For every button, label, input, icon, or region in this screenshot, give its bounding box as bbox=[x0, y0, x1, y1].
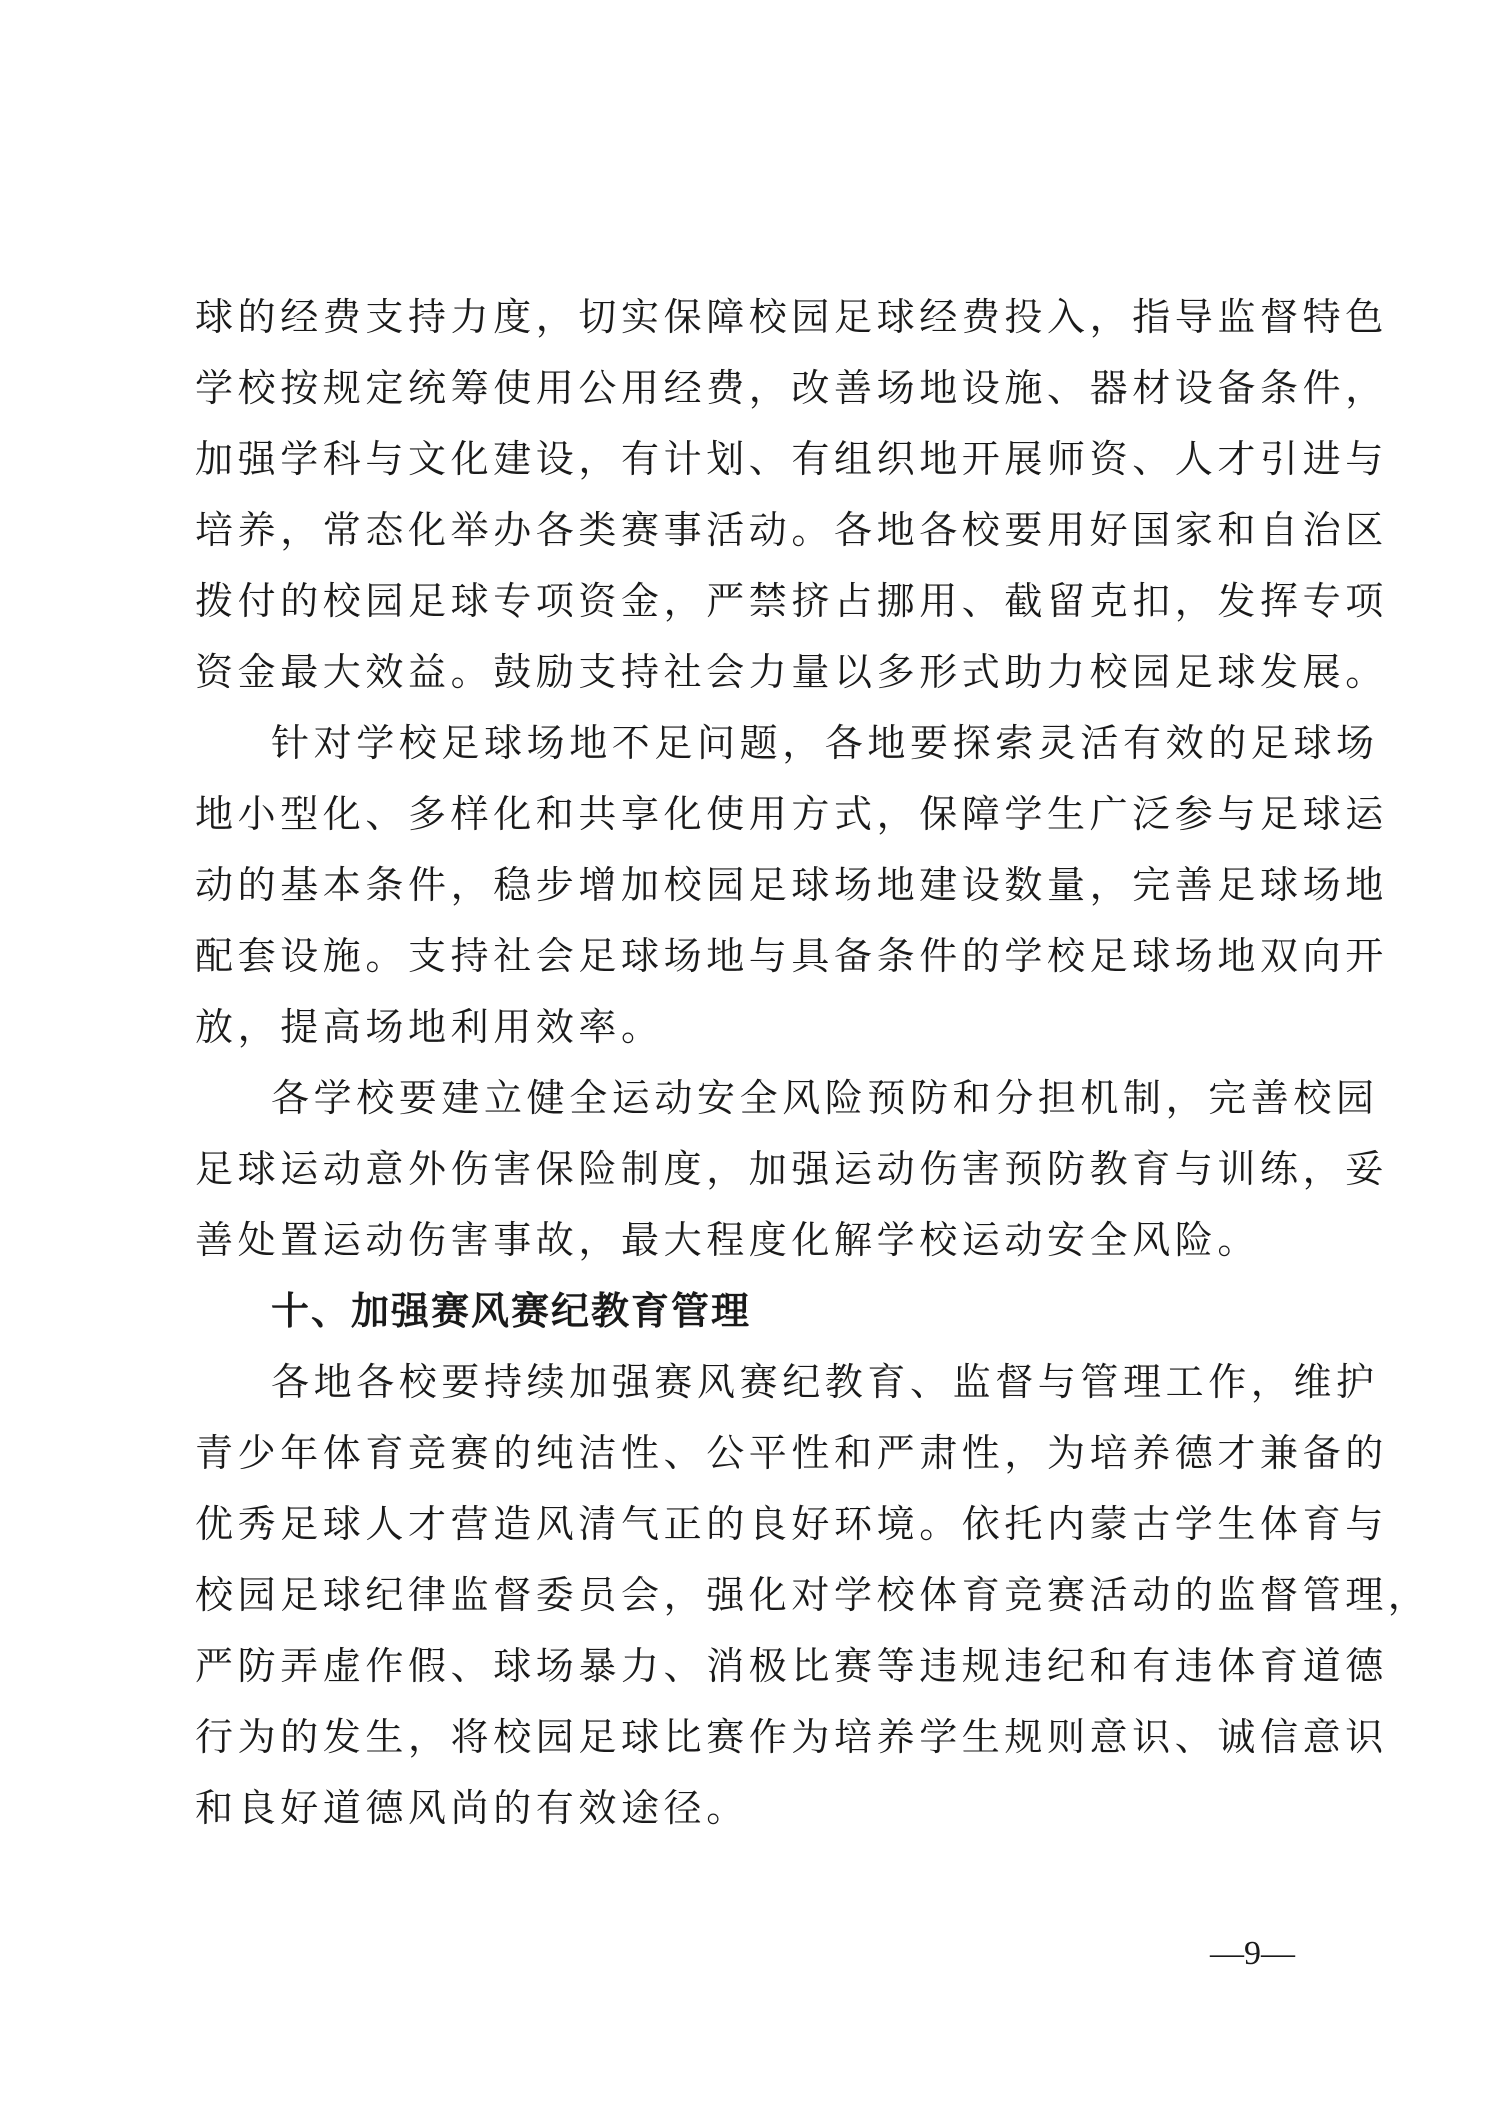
text-line: 配套设施。支持社会足球场地与具备条件的学校足球场地双向开 bbox=[195, 921, 1295, 992]
text-line: 严防弄虚作假、球场暴力、消极比赛等违规违纪和有违体育道德 bbox=[195, 1631, 1295, 1702]
text-line: 和良好道德风尚的有效途径。 bbox=[195, 1773, 1295, 1844]
text-line: 培养，常态化举办各类赛事活动。各地各校要用好国家和自治区 bbox=[195, 495, 1295, 566]
section-heading: 十、加强赛风赛纪教育管理 bbox=[195, 1276, 1295, 1347]
paragraph-safety: 各学校要建立健全运动安全风险预防和分担机制，完善校园 足球运动意外伤害保险制度，… bbox=[195, 1063, 1295, 1276]
paragraph-discipline: 各地各校要持续加强赛风赛纪教育、监督与管理工作，维护 青少年体育竞赛的纯洁性、公… bbox=[195, 1347, 1295, 1844]
text-line: 加强学科与文化建设，有计划、有组织地开展师资、人才引进与 bbox=[195, 424, 1295, 495]
page-number: —9— bbox=[1195, 1935, 1295, 1973]
text-line: 拨付的校园足球专项资金，严禁挤占挪用、截留克扣，发挥专项 bbox=[195, 566, 1295, 637]
text-line: 地小型化、多样化和共享化使用方式，保障学生广泛参与足球运 bbox=[195, 779, 1295, 850]
text-line: 动的基本条件，稳步增加校园足球场地建设数量，完善足球场地 bbox=[195, 850, 1295, 921]
text-line: 放，提高场地利用效率。 bbox=[195, 992, 1295, 1063]
text-line: 善处置运动伤害事故，最大程度化解学校运动安全风险。 bbox=[195, 1205, 1295, 1276]
text-line: 足球运动意外伤害保险制度，加强运动伤害预防教育与训练，妥 bbox=[195, 1134, 1295, 1205]
text-line: 优秀足球人才营造风清气正的良好环境。依托内蒙古学生体育与 bbox=[195, 1489, 1295, 1560]
paragraph-venues: 针对学校足球场地不足问题，各地要探索灵活有效的足球场 地小型化、多样化和共享化使… bbox=[195, 708, 1295, 1063]
text-line: 球的经费支持力度，切实保障校园足球经费投入，指导监督特色 bbox=[195, 282, 1295, 353]
text-line: 行为的发生，将校园足球比赛作为培养学生规则意识、诚信意识 bbox=[195, 1702, 1295, 1773]
text-line: 校园足球纪律监督委员会，强化对学校体育竞赛活动的监督管理， bbox=[195, 1560, 1295, 1631]
text-line: 青少年体育竞赛的纯洁性、公平性和严肃性，为培养德才兼备的 bbox=[195, 1418, 1295, 1489]
text-line: 各学校要建立健全运动安全风险预防和分担机制，完善校园 bbox=[195, 1063, 1295, 1134]
document-body: 球的经费支持力度，切实保障校园足球经费投入，指导监督特色 学校按规定统筹使用公用… bbox=[195, 282, 1295, 1844]
text-line: 各地各校要持续加强赛风赛纪教育、监督与管理工作，维护 bbox=[195, 1347, 1295, 1418]
text-line: 资金最大效益。鼓励支持社会力量以多形式助力校园足球发展。 bbox=[195, 637, 1295, 708]
paragraph-funding: 球的经费支持力度，切实保障校园足球经费投入，指导监督特色 学校按规定统筹使用公用… bbox=[195, 282, 1295, 708]
text-line: 针对学校足球场地不足问题，各地要探索灵活有效的足球场 bbox=[195, 708, 1295, 779]
text-line: 学校按规定统筹使用公用经费，改善场地设施、器材设备条件， bbox=[195, 353, 1295, 424]
